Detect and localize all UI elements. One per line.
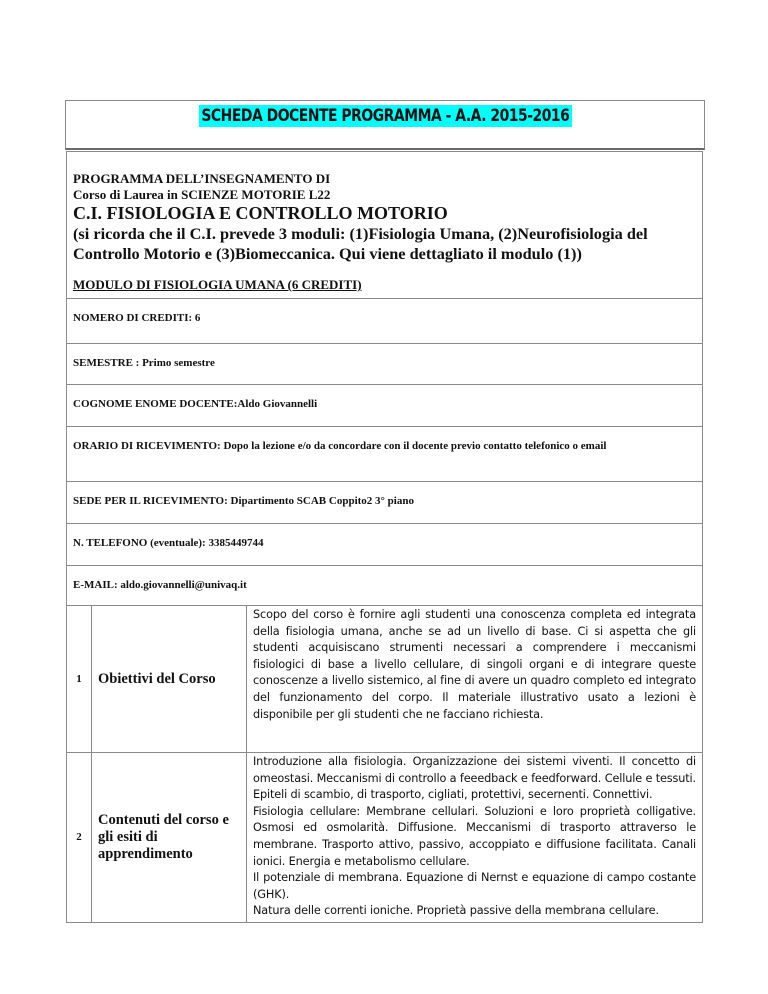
info-row-office-hours: ORARIO DI RICEVIMENTO: Dopo la lezione e… <box>67 427 703 482</box>
document-title-box: SCHEDA DOCENTE PROGRAMMA - A.A. 2015-201… <box>65 100 705 150</box>
objectives-paragraph: Scopo del corso è fornire agli studenti … <box>253 607 696 723</box>
degree-course: Corso di Laurea in SCIENZE MOTORIE L22 <box>73 187 696 202</box>
contents-paragraph: Il potenziale di membrana. Equazione di … <box>253 870 696 903</box>
program-heading: PROGRAMMA DELL’INSEGNAMENTO DI <box>73 171 696 187</box>
section-label-objectives: Obiettivi del Corso <box>92 606 247 753</box>
section-content-objectives: Scopo del corso è fornire agli studenti … <box>247 606 703 753</box>
section-row-contents: 2 Contenuti del corso e gli esiti di app… <box>67 753 703 923</box>
section-row-objectives: 1 Obiettivi del Corso Scopo del corso è … <box>67 606 703 753</box>
info-row-email: E-MAIL: aldo.giovannelli@univaq.it <box>67 566 703 606</box>
phone-field: N. TELEFONO (eventuale): 3385449744 <box>67 524 703 566</box>
contents-paragraph: Natura delle correnti ioniche. Proprietà… <box>253 903 696 920</box>
info-row-credits: NOMERO DI CREDITI: 6 <box>67 299 703 344</box>
teacher-field: COGNOME ENOME DOCENTE:Aldo Giovannelli <box>67 385 703 427</box>
office-location-field: SEDE PER IL RICEVIMENTO: Dipartimento SC… <box>67 482 703 524</box>
section-number: 1 <box>67 606 92 753</box>
course-note: (si ricorda che il C.I. prevede 3 moduli… <box>73 224 696 264</box>
info-row-phone: N. TELEFONO (eventuale): 3385449744 <box>67 524 703 566</box>
credits-field: NOMERO DI CREDITI: 6 <box>67 299 703 344</box>
contents-paragraph: Introduzione alla fisiologia. Organizzaz… <box>253 754 696 804</box>
info-row-semester: SEMESTRE : Primo semestre <box>67 344 703 385</box>
section-content-contents: Introduzione alla fisiologia. Organizzaz… <box>247 753 703 923</box>
contents-paragraph: Fisiologia cellulare: Membrane cellulari… <box>253 804 696 870</box>
program-table: PROGRAMMA DELL’INSEGNAMENTO DI Corso di … <box>66 151 703 923</box>
section-label-contents: Contenuti del corso e gli esiti di appre… <box>92 753 247 923</box>
document-title-text: SCHEDA DOCENTE PROGRAMMA - A.A. 2015-201… <box>199 105 572 127</box>
section-number: 2 <box>67 753 92 923</box>
course-name: C.I. FISIOLOGIA E CONTROLLO MOTORIO <box>73 202 696 224</box>
office-hours-field: ORARIO DI RICEVIMENTO: Dopo la lezione e… <box>67 427 703 482</box>
info-row-office-location: SEDE PER IL RICEVIMENTO: Dipartimento SC… <box>67 482 703 524</box>
document-title: SCHEDA DOCENTE PROGRAMMA - A.A. 2015-201… <box>66 105 704 127</box>
semester-field: SEMESTRE : Primo semestre <box>67 344 703 385</box>
header-row: PROGRAMMA DELL’INSEGNAMENTO DI Corso di … <box>67 152 703 299</box>
email-field: E-MAIL: aldo.giovannelli@univaq.it <box>67 566 703 606</box>
module-title: MODULO DI FISIOLOGIA UMANA (6 CREDITI) <box>73 277 696 292</box>
info-row-teacher: COGNOME ENOME DOCENTE:Aldo Giovannelli <box>67 385 703 427</box>
course-header: PROGRAMMA DELL’INSEGNAMENTO DI Corso di … <box>67 152 703 299</box>
